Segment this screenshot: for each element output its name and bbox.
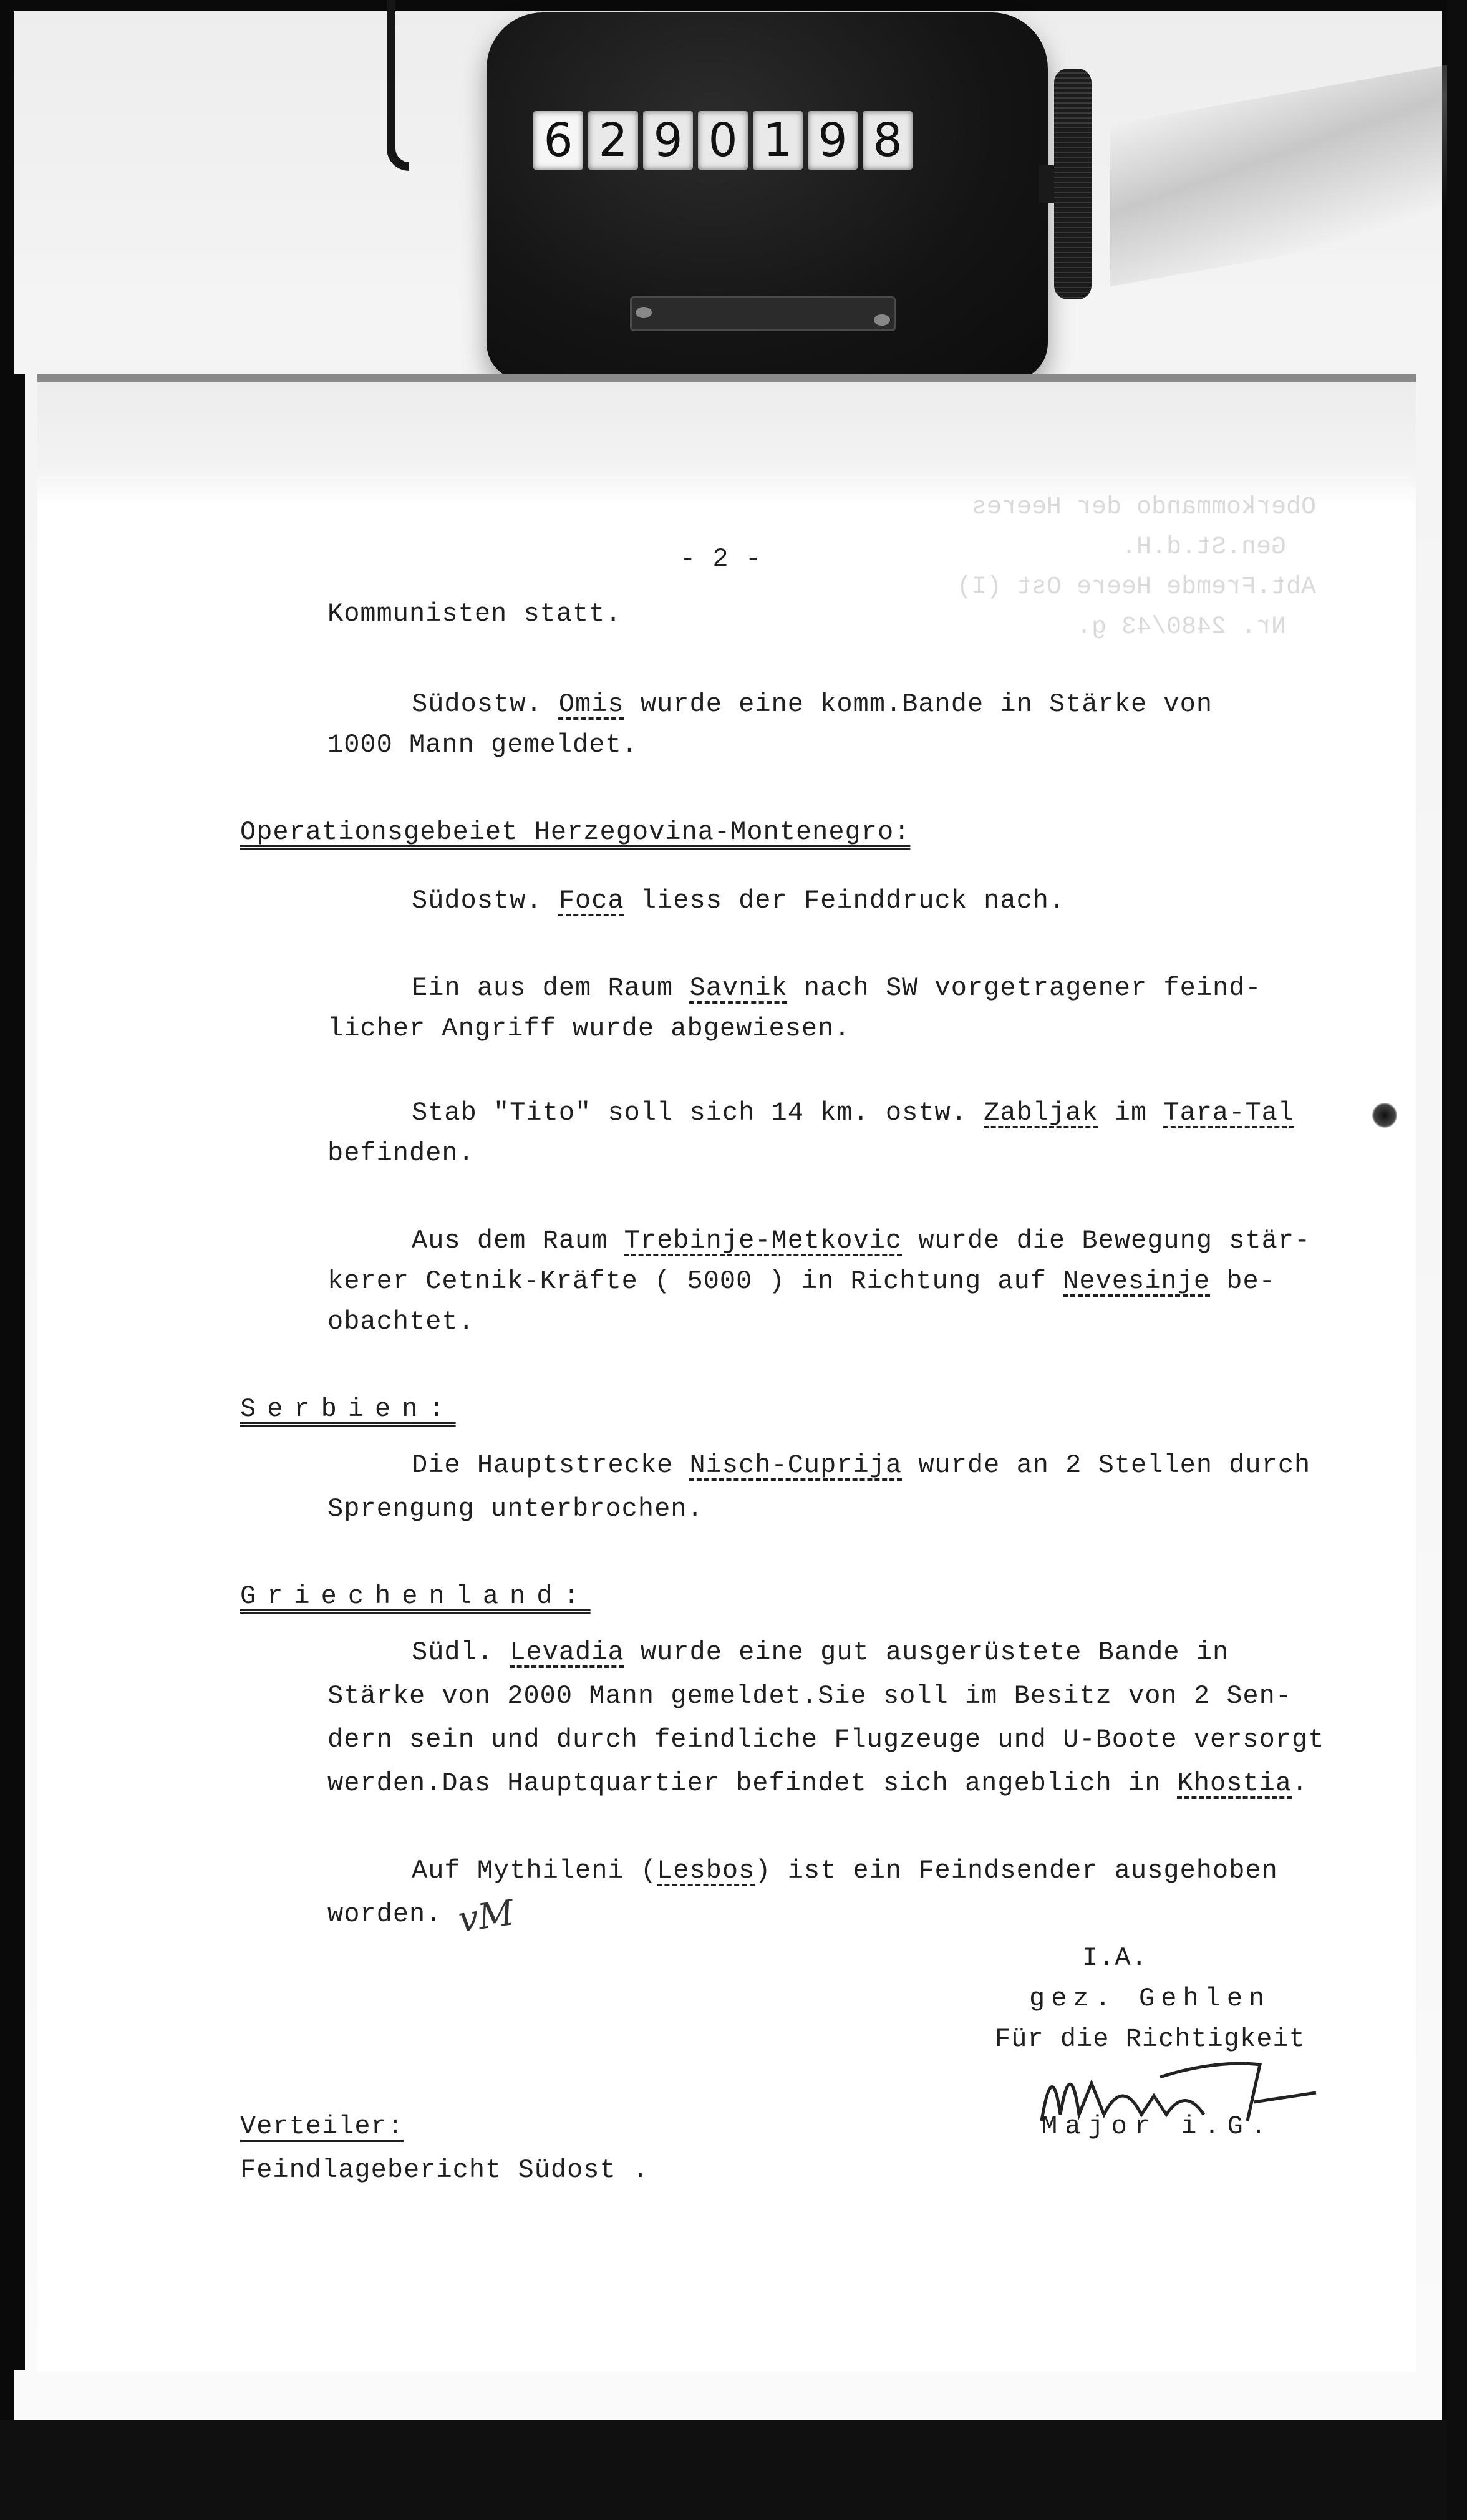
- counter-digit: 9: [808, 111, 858, 170]
- place-khostia: Khostia: [1178, 1768, 1292, 1798]
- paragraph-foca: Südostw. Foca liess der Feinddruck nach.: [412, 886, 1065, 916]
- film-edge-bottom: [0, 2420, 1467, 2520]
- bleed-through-text: Oberkommando der Heeres Gen.St.d.H. Abt.…: [867, 488, 1316, 637]
- paragraph-khostia: werden.Das Hauptquartier befindet sich a…: [327, 1768, 1308, 1798]
- paragraph-nisch: Die Hauptstrecke Nisch-Cuprija wurde an …: [412, 1450, 1310, 1480]
- counter-knob: [1054, 69, 1092, 299]
- counter-digit: 2: [588, 111, 638, 170]
- counter-digit: 8: [863, 111, 913, 170]
- signature-signed: gez. Gehlen: [1029, 1984, 1271, 2014]
- text-line: 1000 Mann gemeldet.: [327, 730, 638, 760]
- place-levadia: Levadia: [510, 1637, 624, 1667]
- place-nevesinje: Nevesinje: [1063, 1266, 1210, 1296]
- counter-digit: 0: [698, 111, 748, 170]
- counter-digits: 6 2 9 0 1 9 8: [533, 109, 932, 172]
- text-line: dern sein und durch feindliche Flugzeuge…: [327, 1725, 1324, 1755]
- counter-nameplate: [630, 296, 896, 331]
- paragraph-trebinje: Aus dem Raum Trebinje-Metkovic wurde die…: [412, 1226, 1310, 1256]
- place-omis: Omis: [559, 689, 624, 719]
- signature-rank: Major i.G.: [1042, 2111, 1274, 2141]
- page-number: - 2 -: [680, 544, 762, 574]
- distribution-recipient: Feindlagebericht Südost .: [240, 2155, 649, 2185]
- paragraph-lesbos: Auf Mythileni (Lesbos) ist ein Feindsend…: [412, 1856, 1278, 1886]
- text-line: worden.: [327, 1899, 442, 1929]
- signature-certified: Für die Richtigkeit: [995, 2024, 1305, 2054]
- text-line: befinden.: [327, 1138, 475, 1168]
- place-foca: Foca: [559, 886, 624, 916]
- counter-cable: [387, 0, 409, 171]
- place-tara-tal: Tara-Tal: [1163, 1098, 1294, 1128]
- distribution-heading: Verteiler:: [240, 2111, 404, 2141]
- text-line: Stärke von 2000 Mann gemeldet.Sie soll i…: [327, 1681, 1292, 1711]
- place-lesbos: Lesbos: [657, 1856, 755, 1886]
- paragraph-levadia: Südl. Levadia wurde eine gut ausgerüstet…: [412, 1637, 1229, 1667]
- counter-digit: 9: [643, 111, 693, 170]
- ink-blot: [1372, 1103, 1397, 1128]
- paragraph-tito: Stab "Tito" soll sich 14 km. ostw. Zablj…: [412, 1098, 1294, 1128]
- frame-counter-device: 6 2 9 0 1 9 8: [474, 6, 1098, 387]
- place-savnik: Savnik: [689, 973, 787, 1003]
- film-edge-right: [1447, 0, 1467, 2520]
- section-heading-griechenland: Griechenland:: [240, 1581, 591, 1611]
- paragraph-savnik: Ein aus dem Raum Savnik nach SW vorgetra…: [412, 973, 1262, 1003]
- counter-digit: 6: [533, 111, 583, 170]
- place-trebinje-metkovic: Trebinje-Metkovic: [624, 1226, 902, 1256]
- handwritten-initials: vM: [456, 1892, 516, 1941]
- text-line: Sprengung unterbrochen.: [327, 1494, 704, 1524]
- paragraph-omis: Südostw. Omis wurde eine komm.Bande in S…: [412, 689, 1213, 719]
- text-line: licher Angriff wurde abgewiesen.: [327, 1014, 851, 1044]
- place-zabljak: Zabljak: [984, 1098, 1098, 1128]
- counter-digit: 1: [753, 111, 803, 170]
- text-line: obachtet.: [327, 1307, 475, 1337]
- signature-ia: I.A.: [1082, 1943, 1148, 1973]
- paragraph-trebinje-line2: kerer Cetnik-Kräfte ( 5000 ) in Richtung…: [327, 1266, 1276, 1296]
- place-nisch-cuprija: Nisch-Cuprija: [689, 1450, 902, 1480]
- text-line: Kommunisten statt.: [327, 599, 622, 629]
- film-edge-left: [0, 374, 25, 2370]
- section-heading-herzegovina: Operationsgebeiet Herzegovina-Montenegro…: [240, 817, 910, 847]
- section-heading-serbien: Serbien:: [240, 1394, 456, 1424]
